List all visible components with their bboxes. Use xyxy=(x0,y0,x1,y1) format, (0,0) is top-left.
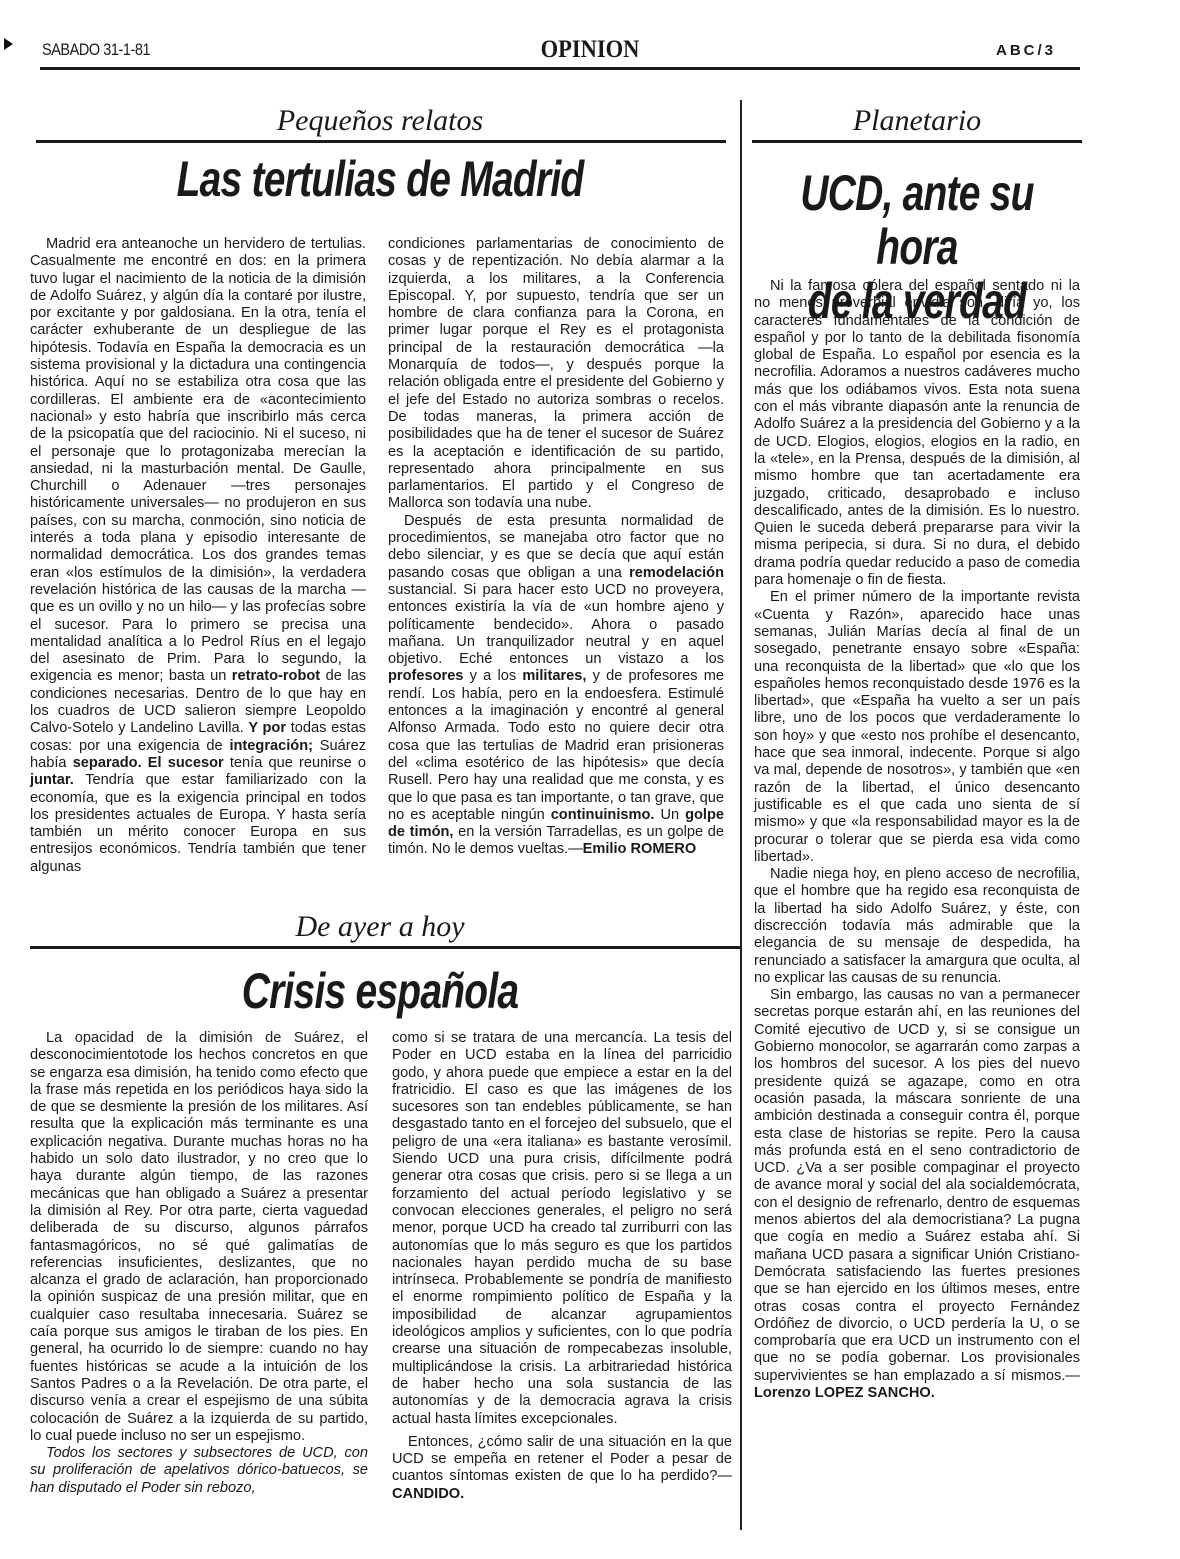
article-column-2: como si se tratara de una mercancía. La … xyxy=(392,1030,732,1503)
kicker-rule xyxy=(752,140,1082,143)
header-rule xyxy=(40,67,1080,70)
article-kicker: Planetario xyxy=(752,104,1082,138)
kicker-rule xyxy=(36,140,726,143)
article-column-2: condiciones parlamentarias de conocimien… xyxy=(388,236,724,859)
article-column-1: Madrid era anteanoche un hervidero de te… xyxy=(30,236,366,876)
article-column: Ni la famosa cólera del español sentado … xyxy=(754,278,1080,1402)
column-divider xyxy=(740,100,742,1530)
section-title: OPINION xyxy=(59,36,1121,64)
page-marker-icon xyxy=(4,38,13,50)
article-kicker: De ayer a hoy xyxy=(30,910,730,944)
article-column-1: La opacidad de la dimisión de Suárez, el… xyxy=(30,1030,368,1497)
article-author: CANDIDO. xyxy=(392,1486,464,1502)
article-kicker: Pequeños relatos xyxy=(30,104,730,138)
article-author: Emilio ROMERO xyxy=(583,841,697,857)
kicker-rule xyxy=(30,946,740,949)
page-number: ABC/3 xyxy=(996,42,1056,59)
article-headline: Crisis española xyxy=(107,964,653,1018)
article-headline: Las tertulias de Madrid xyxy=(107,152,653,206)
article-author: Lorenzo LOPEZ SANCHO. xyxy=(754,1385,935,1401)
